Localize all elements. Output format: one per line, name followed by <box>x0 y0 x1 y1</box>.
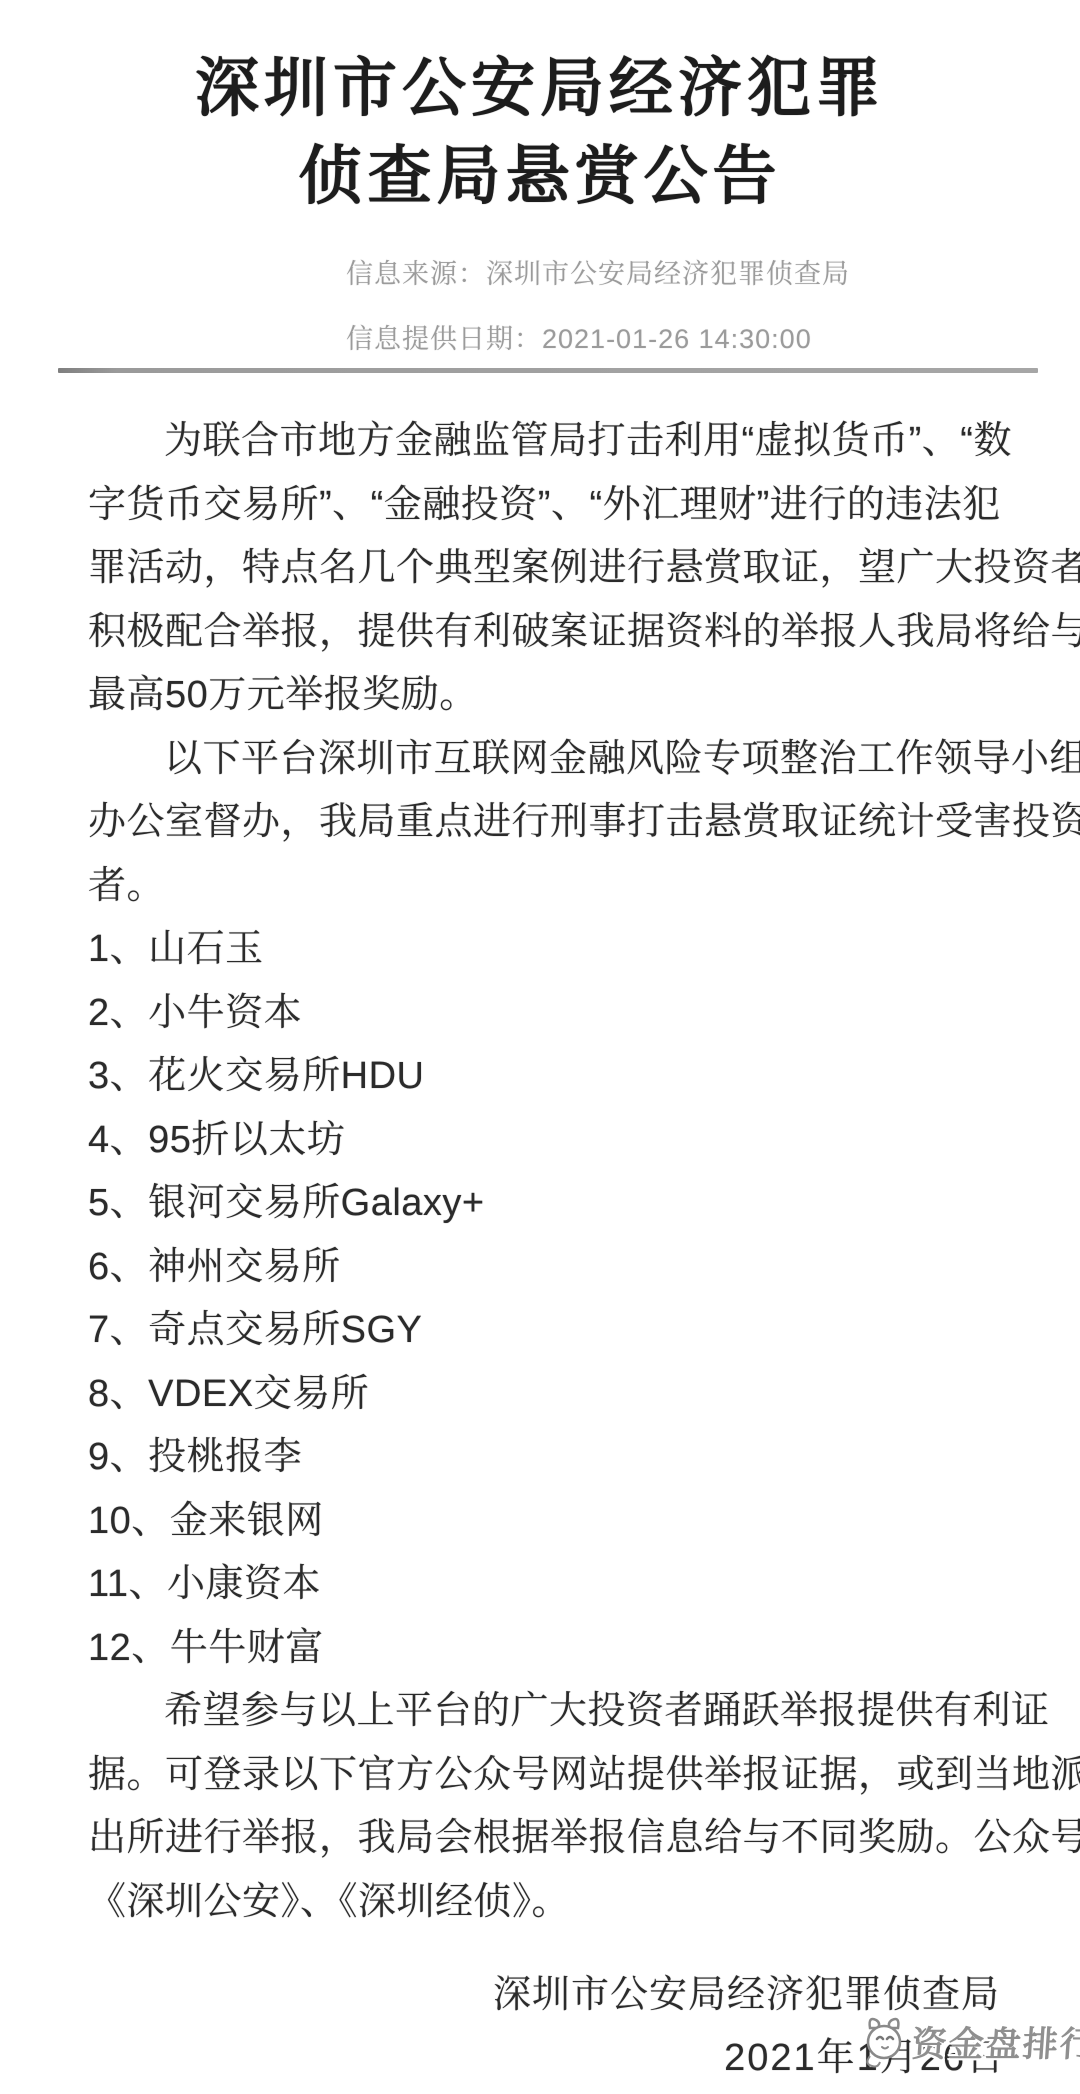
paragraph3-line: 希望参与以上平台的广大投资者踊跃举报提供有利证 <box>88 1686 1008 1750</box>
paragraph2-line: 者。 <box>88 861 1008 925</box>
paragraph2-line: 以下平台深圳市互联网金融风险专项整治工作领导小组 <box>88 734 1008 798</box>
paragraph1-line: 为联合市地方金融监管局打击利用“虚拟货币”、“数 <box>88 416 1008 480</box>
paragraph3-line: 《深圳公安》、《深圳经侦》。 <box>88 1877 1008 1941</box>
paragraph1-line: 字货币交易所”、“金融投资”、“外汇理财”进行的违法犯 <box>88 480 1008 544</box>
header-divider <box>58 368 1038 373</box>
platform-item-5: 5、银河交易所Galaxy+ <box>88 1178 1008 1242</box>
platform-item-7: 7、奇点交易所SGY <box>88 1305 1008 1369</box>
announcement-page: 深圳市公安局经济犯罪 侦查局悬赏公告 信息来源：深圳市公安局经济犯罪侦查局 信息… <box>0 0 1080 2094</box>
meta-block: 信息来源：深圳市公安局经济犯罪侦查局 信息提供日期：2021-01-26 14:… <box>346 242 850 372</box>
watermark-text: 资金盘排行 <box>910 2017 1080 2067</box>
paragraph3-line: 据。可登录以下官方公众号网站提供举报证据，或到当地派 <box>88 1750 1008 1814</box>
platform-item-2: 2、小牛资本 <box>88 988 1008 1052</box>
page-title: 深圳市公安局经济犯罪 侦查局悬赏公告 <box>0 44 1080 220</box>
page-title-line2: 侦查局悬赏公告 <box>0 132 1080 220</box>
platform-item-9: 9、投桃报李 <box>88 1432 1008 1496</box>
platform-item-1: 1、山石玉 <box>88 924 1008 988</box>
platform-item-4: 4、95折以太坊 <box>88 1115 1008 1179</box>
announcement-body: 为联合市地方金融监管局打击利用“虚拟货币”、“数 字货币交易所”、“金融投资”、… <box>88 416 1008 1940</box>
paragraph3-line: 出所进行举报，我局会根据举报信息给与不同奖励。公众号 <box>88 1813 1008 1877</box>
mascot-face-icon <box>858 2014 910 2070</box>
paragraph1-line: 积极配合举报，提供有利破案证据资料的举报人我局将给与 <box>88 607 1008 671</box>
platform-item-11: 11、小康资本 <box>88 1559 1008 1623</box>
paragraph1-line: 最高50万元举报奖励。 <box>88 670 1008 734</box>
paragraph1-line: 罪活动，特点名几个典型案例进行悬赏取证，望广大投资者 <box>88 543 1008 607</box>
platform-item-12: 12、牛牛财富 <box>88 1623 1008 1687</box>
platform-item-8: 8、VDEX交易所 <box>88 1369 1008 1433</box>
meta-provided-date: 信息提供日期：2021-01-26 14:30:00 <box>346 307 850 372</box>
paragraph2-line: 办公室督办，我局重点进行刑事打击悬赏取证统计受害投资 <box>88 797 1008 861</box>
platform-item-10: 10、金来银网 <box>88 1496 1008 1560</box>
watermark: 资金盘排行 <box>858 2014 1080 2070</box>
page-title-line1: 深圳市公安局经济犯罪 <box>0 44 1080 132</box>
platform-item-3: 3、花火交易所HDU <box>88 1051 1008 1115</box>
meta-source: 信息来源：深圳市公安局经济犯罪侦查局 <box>346 242 850 307</box>
platform-item-6: 6、神州交易所 <box>88 1242 1008 1306</box>
signature-line: 深圳市公安局经济犯罪侦查局 <box>493 1963 1000 2018</box>
